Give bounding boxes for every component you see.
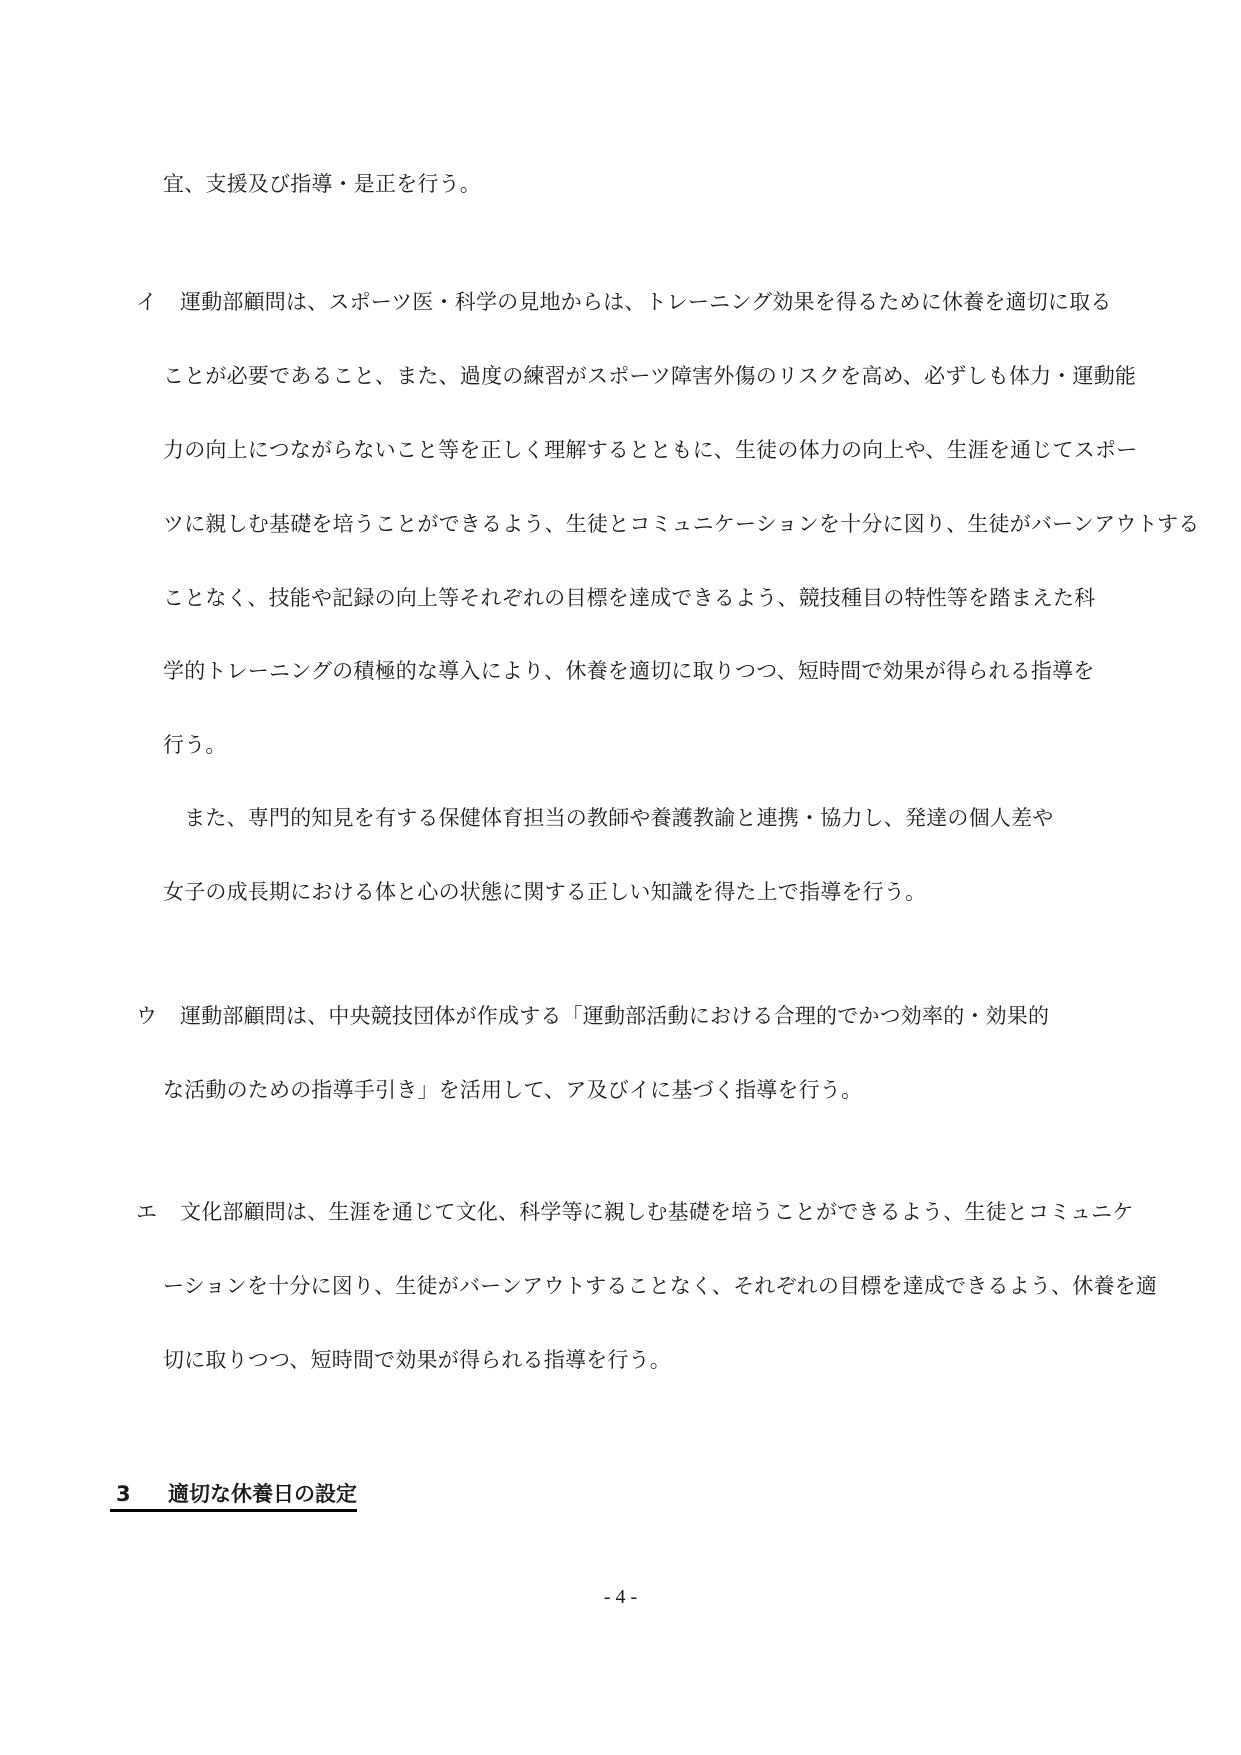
section-heading: 3適切な休養日の設定 xyxy=(110,1480,357,1512)
item-marker: ウ xyxy=(136,1002,157,1030)
page-number: - 4 - xyxy=(0,1586,1241,1609)
section-number: 3 xyxy=(110,1480,168,1508)
paragraph-line: 女子の成長期における体と心の状態に関する正しい知識を得た上で指導を行う。 xyxy=(163,878,926,906)
paragraph-line: ーションを十分に図り、生徒がバーンアウトすることなく、それぞれの目標を達成できる… xyxy=(163,1272,1157,1300)
paragraph-line: 文化部顧問は、生涯を通じて文化、科学等に親しむ基礎を培うことができるよう、生徒と… xyxy=(180,1198,1134,1226)
paragraph-line: 行う。 xyxy=(163,731,227,759)
paragraph-line: 力の向上につながらないこと等を正しく理解するとともに、生徒の体力の向上や、生涯を… xyxy=(163,436,1137,464)
paragraph-line: 切に取りつつ、短時間で効果が得られる指導を行う。 xyxy=(163,1346,671,1374)
paragraph-line: ことが必要であること、また、過度の練習がスポーツ障害外傷のリスクを高め、必ずしも… xyxy=(163,362,1136,390)
item-marker: エ xyxy=(136,1198,157,1226)
paragraph-line: また、専門的知見を有する保健体育担当の教師や養護教諭と連携・協力し、発達の個人差… xyxy=(163,804,1053,832)
paragraph-line: 運動部顧問は、中央競技団体が作成する「運動部活動における合理的でかつ効率的・効果… xyxy=(180,1002,1049,1030)
section-title: 適切な休養日の設定 xyxy=(168,1482,357,1506)
continuation-text: 宜、支援及び指導・是正を行う。 xyxy=(163,170,481,198)
paragraph-line: ツに親しむ基礎を培うことができるよう、生徒とコミュニケーションを十分に図り、生徒… xyxy=(163,510,1200,538)
paragraph-line: 学的トレーニングの積極的な導入により、休養を適切に取りつつ、短時間で効果が得られ… xyxy=(163,657,1095,685)
paragraph-line: 運動部顧問は、スポーツ医・科学の見地からは、トレーニング効果を得るために休養を適… xyxy=(180,288,1112,316)
paragraph-line: な活動のための指導手引き」を活用して、ア及びイに基づく指導を行う。 xyxy=(163,1076,862,1104)
paragraph-line: ことなく、技能や記録の向上等それぞれの目標を達成できるよう、競技種目の特性等を踏… xyxy=(163,584,1095,612)
item-marker: イ xyxy=(136,288,157,316)
